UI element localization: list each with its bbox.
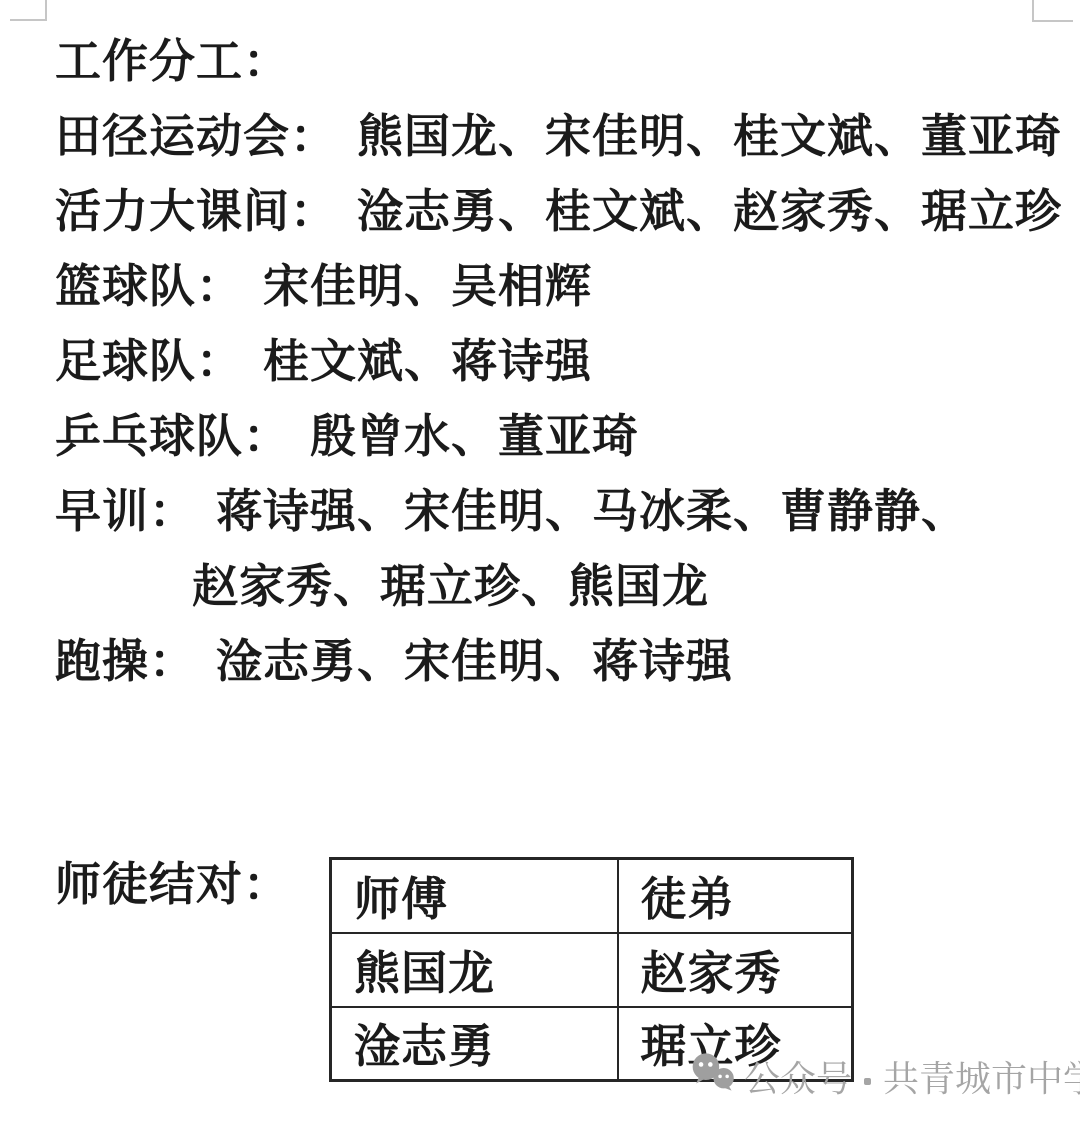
entry-label: 篮球队： xyxy=(55,250,243,316)
cell-master: 淦志勇 xyxy=(331,1007,618,1081)
entry-running-exercise: 跑操： 淦志勇、宋佳明、蒋诗强 xyxy=(55,620,1062,695)
mentorship-table: 师傅 徒弟 熊国龙 赵家秀 淦志勇 琚立珍 xyxy=(329,857,854,1082)
cell-master: 熊国龙 xyxy=(331,933,618,1007)
document-page: 工作分工： 田径运动会： 熊国龙、宋佳明、桂文斌、董亚琦 活力大课间： 淦志勇、… xyxy=(0,0,1080,1124)
work-division-title: 工作分工： xyxy=(55,25,290,91)
entry-names: 淦志勇、宋佳明、蒋诗强 xyxy=(216,625,733,691)
entry-soccer-team: 足球队： 桂文斌、蒋诗强 xyxy=(55,320,1062,395)
header-master: 师傅 xyxy=(331,859,618,933)
header-apprentice: 徒弟 xyxy=(618,859,853,933)
entry-label: 乒乓球队： xyxy=(55,400,290,466)
entry-label: 足球队： xyxy=(55,325,243,391)
scan-corner-mark-top-left xyxy=(10,0,47,21)
entry-names: 桂文斌、蒋诗强 xyxy=(263,325,592,391)
entry-activity-break: 活力大课间： 淦志勇、桂文斌、赵家秀、琚立珍 xyxy=(55,170,1062,245)
table-row: 熊国龙 赵家秀 xyxy=(331,933,853,1007)
entry-label: 活力大课间： xyxy=(55,175,337,241)
entry-names: 淦志勇、桂文斌、赵家秀、琚立珍 xyxy=(357,175,1062,241)
section-title: 工作分工： xyxy=(55,20,1062,95)
entry-label: 早训： xyxy=(55,475,196,541)
watermark: 公众号 共青城市中学 xyxy=(690,1052,1080,1100)
watermark-account-name: 共青城市中学 xyxy=(883,1051,1080,1102)
entry-track-meet: 田径运动会： 熊国龙、宋佳明、桂文斌、董亚琦 xyxy=(55,95,1062,170)
mentorship-section-label: 师徒结对： xyxy=(55,843,290,918)
work-division-section: 工作分工： 田径运动会： 熊国龙、宋佳明、桂文斌、董亚琦 活力大课间： 淦志勇、… xyxy=(55,20,1062,695)
watermark-source-label: 公众号 xyxy=(744,1051,852,1102)
wechat-official-account-icon xyxy=(690,1052,736,1101)
entry-morning-training-continued: 赵家秀、琚立珍、熊国龙 xyxy=(192,545,1062,620)
entry-basketball-team: 篮球队： 宋佳明、吴相辉 xyxy=(55,245,1062,320)
entry-names: 蒋诗强、宋佳明、马冰柔、曹静静、 xyxy=(216,475,968,541)
scan-corner-mark-top-right xyxy=(1032,0,1073,22)
cell-apprentice: 赵家秀 xyxy=(618,933,853,1007)
entry-names: 宋佳明、吴相辉 xyxy=(263,250,592,316)
entry-table-tennis-team: 乒乓球队： 殷曾水、董亚琦 xyxy=(55,395,1062,470)
entry-names: 熊国龙、宋佳明、桂文斌、董亚琦 xyxy=(357,100,1062,166)
entry-label: 田径运动会： xyxy=(55,100,337,166)
entry-names: 殷曾水、董亚琦 xyxy=(310,400,639,466)
entry-label: 跑操： xyxy=(55,625,196,691)
entry-names: 赵家秀、琚立珍、熊国龙 xyxy=(192,550,709,616)
entry-morning-training: 早训： 蒋诗强、宋佳明、马冰柔、曹静静、 xyxy=(55,470,1062,545)
watermark-separator-dot xyxy=(864,1078,871,1085)
table-header-row: 师傅 徒弟 xyxy=(331,859,853,933)
